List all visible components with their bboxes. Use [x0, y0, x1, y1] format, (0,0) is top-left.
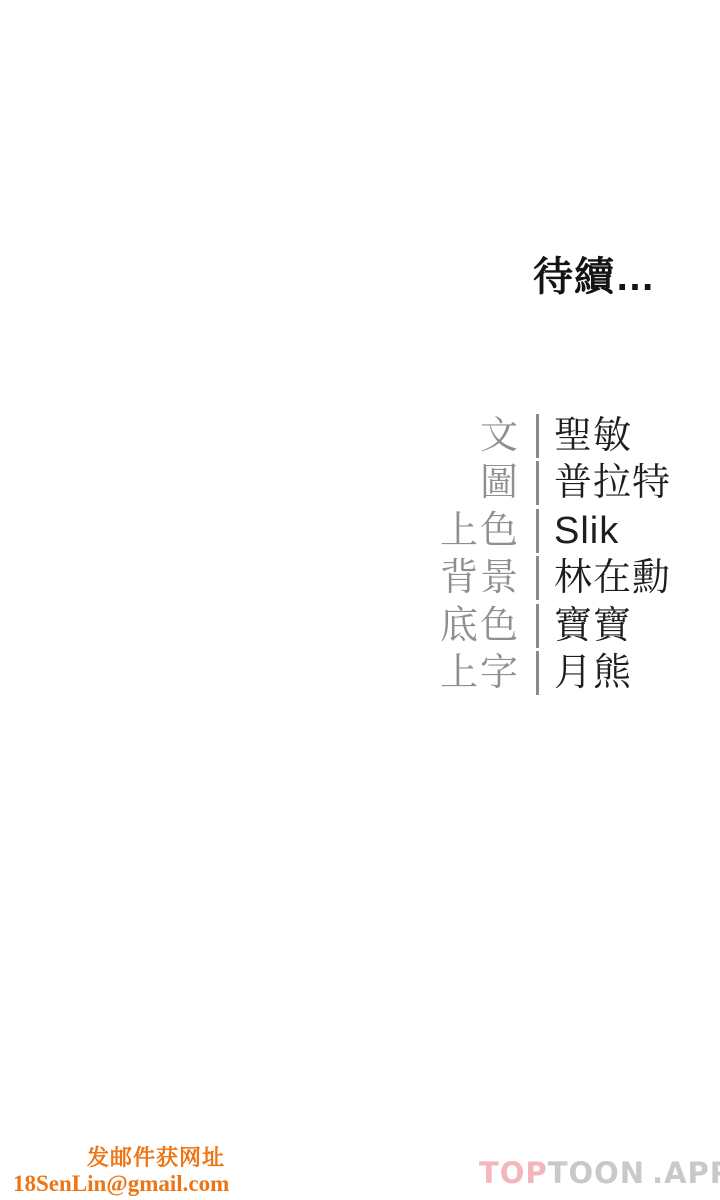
- credit-name: 普拉特: [554, 464, 720, 502]
- role-name-separator: [536, 651, 539, 695]
- credit-role: 背景: [0, 559, 520, 597]
- credit-name: 寶寶: [554, 607, 720, 645]
- role-name-separator: [536, 414, 539, 458]
- role-name-separator: [536, 509, 539, 553]
- credit-row-colorist: 上色 Slik: [0, 507, 720, 555]
- role-name-separator: [536, 604, 539, 648]
- credit-role: 上色: [0, 512, 520, 550]
- credit-role: 圖: [0, 464, 520, 502]
- watermark-prefix: TOP: [479, 1156, 548, 1190]
- credit-row-background: 背景 林在勳: [0, 555, 720, 603]
- to-be-continued-text: 待續…: [533, 255, 656, 299]
- credit-role: 上字: [0, 654, 520, 692]
- credits-block: 文 聖敏 圖 普拉特 上色 Slik 背景 林在勳 底色 寶寶 上字 月熊: [0, 412, 720, 697]
- credit-row-writer: 文 聖敏: [0, 412, 720, 460]
- comic-end-page: 待續… 文 聖敏 圖 普拉特 上色 Slik 背景 林在勳 底色 寶寶: [0, 0, 720, 1200]
- credit-row-artist: 圖 普拉特: [0, 460, 720, 508]
- role-name-separator: [536, 556, 539, 600]
- watermark-suffix: .APP: [652, 1156, 720, 1190]
- credit-row-basecolor: 底色 寶寶: [0, 602, 720, 650]
- promo-line: 发邮件获网址: [13, 1145, 225, 1171]
- credit-name: Slik: [554, 512, 720, 550]
- uploader-note: 发邮件获网址 18SenLin@gmail.com: [13, 1145, 225, 1197]
- credit-name: 聖敏: [554, 417, 720, 455]
- role-name-separator: [536, 461, 539, 505]
- toptoon-watermark: TOPTOON.APP: [479, 1156, 720, 1190]
- credit-name: 月熊: [554, 654, 720, 692]
- email-address: 18SenLin@gmail.com: [13, 1171, 225, 1197]
- credit-role: 文: [0, 417, 520, 455]
- watermark-middle: TOON: [548, 1156, 645, 1190]
- credit-role: 底色: [0, 607, 520, 645]
- credit-row-lettering: 上字 月熊: [0, 650, 720, 698]
- credit-name: 林在勳: [554, 559, 720, 597]
